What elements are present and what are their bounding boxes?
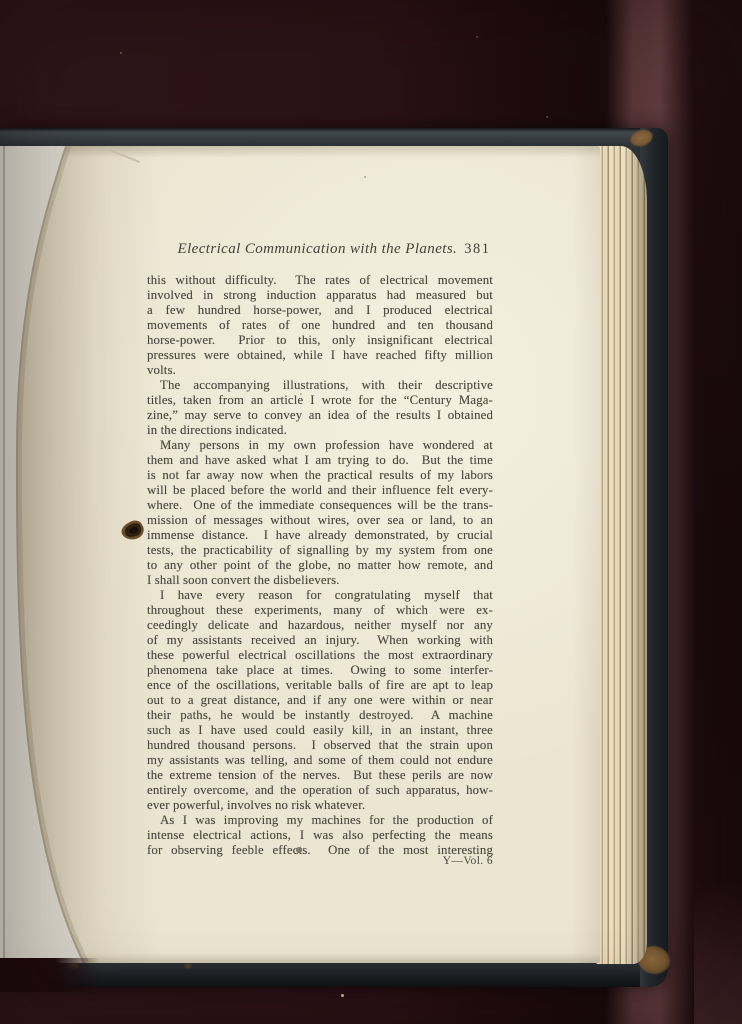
text-line: will be placed before the world and thei… xyxy=(147,483,493,498)
text-line: tests, the practicability of signalling … xyxy=(147,543,493,558)
bottom-left-shadow xyxy=(0,958,100,992)
text-line: their paths, he would be instantly destr… xyxy=(147,708,493,723)
text-line: a few hundred horse-power, and I produce… xyxy=(147,303,493,318)
text-line: I have every reason for congratulating m… xyxy=(147,588,493,603)
text-line: to any other point of the globe, no matt… xyxy=(147,558,493,573)
text-line: mission of messages without wires, over … xyxy=(147,513,493,528)
book-page: Electrical Communication with the Planet… xyxy=(0,146,600,963)
text-line: Many persons in my own profession have w… xyxy=(147,438,493,453)
text-line: of my assistants received an injury. Whe… xyxy=(147,633,493,648)
text-line: involved in strong induction apparatus h… xyxy=(147,288,493,303)
text-line: hundred thousand persons. I observed tha… xyxy=(147,738,493,753)
text-line: is not far away now when the practical r… xyxy=(147,468,493,483)
text-line: my assistants was telling, and some of t… xyxy=(147,753,493,768)
text-line: volts. xyxy=(147,363,493,378)
text-line: in the directions indicated. xyxy=(147,423,493,438)
text-line: I shall soon convert the disbelievers. xyxy=(147,573,493,588)
text-line: ever powerful, involves no risk whatever… xyxy=(147,798,493,813)
dust-speck xyxy=(120,52,122,54)
text-line: them and have asked what I am trying to … xyxy=(147,453,493,468)
body-text: this without difficulty. The rates of el… xyxy=(147,273,493,858)
text-line: titles, taken from an article I wrote fo… xyxy=(147,393,493,408)
text-line: the extreme tension of the nerves. But t… xyxy=(147,768,493,783)
text-line: this without difficulty. The rates of el… xyxy=(147,273,493,288)
ink-blot xyxy=(119,516,149,548)
text-line: The accompanying illustrations, with the… xyxy=(147,378,493,393)
text-line: out to a great distance, and if any one … xyxy=(147,693,493,708)
text-line: intense electrical actions, I was also p… xyxy=(147,828,493,843)
paper-speck xyxy=(300,393,302,395)
printer-signature: Y—Vol. 6 xyxy=(147,855,493,867)
text-line: movements of rates of one hundred and te… xyxy=(147,318,493,333)
running-title: Electrical Communication with the Planet… xyxy=(178,241,458,257)
page-stack-edge xyxy=(596,146,647,964)
text-line: pressures were obtained, while I have re… xyxy=(147,348,493,363)
text-line: entirely overcome, and the operation of … xyxy=(147,783,493,798)
paper-speck xyxy=(364,176,366,178)
text-line: ceedingly delicate and hazardous, neithe… xyxy=(147,618,493,633)
text-line: such as I have used could easily kill, i… xyxy=(147,723,493,738)
backdrop-right-shadow xyxy=(694,0,742,1024)
text-line: immense distance. I have already demonst… xyxy=(147,528,493,543)
text-line: ence of the oscillations, veritable ball… xyxy=(147,678,493,693)
page-header: Electrical Communication with the Planet… xyxy=(150,241,518,263)
facing-page-edge xyxy=(0,146,110,963)
text-line: throughout these experiments, many of wh… xyxy=(147,603,493,618)
dust-speck xyxy=(341,994,344,997)
worn-spot xyxy=(184,963,192,969)
dust-speck xyxy=(546,116,548,118)
text-line: phenomena take place at times. Owing to … xyxy=(147,663,493,678)
text-line: horse-power. Prior to this, only insigni… xyxy=(147,333,493,348)
dust-speck xyxy=(476,36,478,38)
text-line: zine,” may serve to convey an idea of th… xyxy=(147,408,493,423)
text-line: where. One of the immediate consequences… xyxy=(147,498,493,513)
page-number: 381 xyxy=(464,241,490,257)
text-line: these powerful electrical oscillations t… xyxy=(147,648,493,663)
book-photograph: Electrical Communication with the Planet… xyxy=(0,0,742,1024)
text-line: As I was improving my machines for the p… xyxy=(147,813,493,828)
paper-stain-dot xyxy=(296,847,302,853)
